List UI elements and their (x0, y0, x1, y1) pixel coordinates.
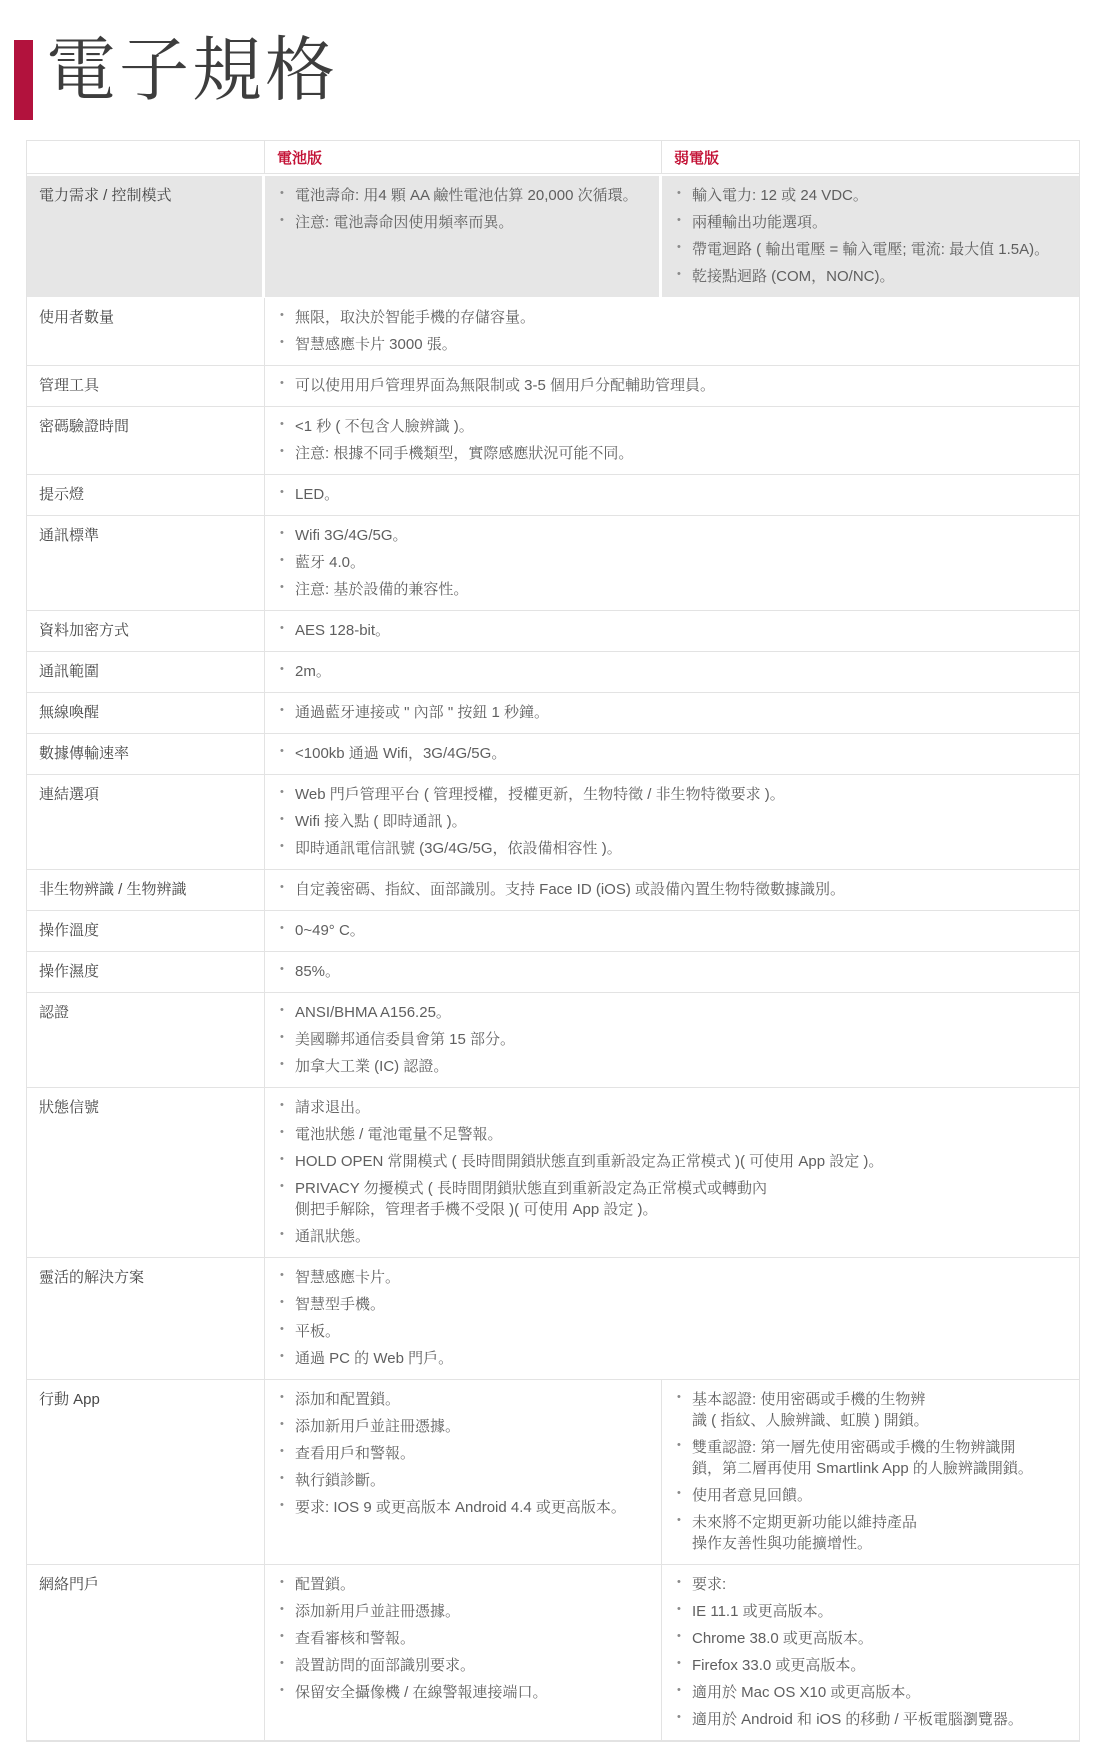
spec-row-label: 通訊範圍 (27, 652, 265, 693)
page-title: 電子規格 (46, 32, 338, 109)
spec-item-list: 基本認證: 使用密碼或手機的生物辨 識 ( 指紋、人臉辨識、虹膜 ) 開鎖。雙重… (674, 1384, 1067, 1559)
spec-row-label: 使用者數量 (27, 298, 265, 366)
spec-cell-battery: Wifi 3G/4G/5G。藍牙 4.0。注意: 基於設備的兼容性。 (265, 516, 1079, 611)
spec-item-list: 2m。 (277, 656, 1067, 687)
spec-row-label: 密碼驗證時間 (27, 407, 265, 475)
spec-item: 2m。 (277, 658, 1067, 685)
spec-item: 保留安全攝像機 / 在線警報連接端口。 (277, 1679, 649, 1706)
spec-row-label: 資料加密方式 (27, 611, 265, 652)
spec-row: 通訊標準Wifi 3G/4G/5G。藍牙 4.0。注意: 基於設備的兼容性。 (27, 516, 1079, 611)
spec-item: 通訊狀態。 (277, 1223, 1067, 1250)
spec-row: 連結選項Web 門戶管理平台 ( 管理授權，授權更新，生物特徵 / 非生物特徵要… (27, 775, 1079, 870)
spec-cell-battery: 通過藍牙連接或 " 內部 " 按鈕 1 秒鐘。 (265, 693, 1079, 734)
spec-row-label: 操作濕度 (27, 952, 265, 993)
spec-row-label: 管理工具 (27, 366, 265, 407)
spec-item: Wifi 3G/4G/5G。 (277, 522, 1067, 549)
spec-row-label: 認證 (27, 993, 265, 1088)
spec-item: 0~49° C。 (277, 917, 1067, 944)
spec-item-list: 配置鎖。添加新用戶並註冊憑據。查看審核和警報。設置訪問的面部識別要求。保留安全攝… (277, 1569, 649, 1708)
spec-row-label: 連結選項 (27, 775, 265, 870)
column-header-battery-version: 電池版 (265, 141, 662, 174)
spec-row: 資料加密方式AES 128-bit。 (27, 611, 1079, 652)
spec-item: 智慧感應卡片。 (277, 1264, 1067, 1291)
spec-item: 電池壽命: 用4 顆 AA 鹼性電池估算 20,000 次循環。 (277, 182, 647, 209)
spec-item: IE 11.1 或更高版本。 (674, 1598, 1067, 1625)
spec-item: 通過 PC 的 Web 門戶。 (277, 1345, 1067, 1372)
spec-row: 使用者數量無限，取決於智能手機的存儲容量。智慧感應卡片 3000 張。 (27, 298, 1079, 366)
spec-item-list: 自定義密碼、指紋、面部識別。支持 Face ID (iOS) 或設備內置生物特徵… (277, 874, 1067, 905)
spec-cell-battery: 請求退出。電池狀態 / 電池電量不足警報。HOLD OPEN 常開模式 ( 長時… (265, 1088, 1079, 1258)
spec-item: 使用者意見回饋。 (674, 1482, 1067, 1509)
spec-item: Web 門戶管理平台 ( 管理授權，授權更新，生物特徵 / 非生物特徵要求 )。 (277, 781, 1067, 808)
spec-item: 輸入電力: 12 或 24 VDC。 (674, 182, 1067, 209)
spec-item: 無限，取決於智能手機的存儲容量。 (277, 304, 1067, 331)
spec-item-list: 0~49° C。 (277, 915, 1067, 946)
spec-row-label: 操作溫度 (27, 911, 265, 952)
spec-row-label: 網絡門戶 (27, 1565, 265, 1741)
spec-item: 乾接點迴路 (COM，NO/NC)。 (674, 263, 1067, 290)
spec-item: 添加新用戶並註冊憑據。 (277, 1413, 649, 1440)
spec-row-label: 非生物辨識 / 生物辨識 (27, 870, 265, 911)
spec-cell-low-voltage: 基本認證: 使用密碼或手機的生物辨 識 ( 指紋、人臉辨識、虹膜 ) 開鎖。雙重… (662, 1380, 1079, 1565)
spec-cell-battery: <1 秒 ( 不包含人臉辨識 )。注意: 根據不同手機類型，實際感應狀況可能不同… (265, 407, 1079, 475)
spec-cell-battery: 0~49° C。 (265, 911, 1079, 952)
spec-cell-battery: Web 門戶管理平台 ( 管理授權，授權更新，生物特徵 / 非生物特徵要求 )。… (265, 775, 1079, 870)
spec-item: PRIVACY 勿擾模式 ( 長時間閉鎖狀態直到重新設定為正常模式或轉動內 側把… (277, 1175, 1067, 1223)
spec-row: 靈活的解決方案智慧感應卡片。智慧型手機。平板。通過 PC 的 Web 門戶。 (27, 1258, 1079, 1380)
spec-item-list: AES 128-bit。 (277, 615, 1067, 646)
spec-item-list: 添加和配置鎖。添加新用戶並註冊憑據。查看用戶和警報。執行鎖診斷。要求: IOS … (277, 1384, 649, 1523)
spec-item-list: 通過藍牙連接或 " 內部 " 按鈕 1 秒鐘。 (277, 697, 1067, 728)
spec-row-label: 狀態信號 (27, 1088, 265, 1258)
spec-item: 85%。 (277, 958, 1067, 985)
spec-row: 狀態信號請求退出。電池狀態 / 電池電量不足警報。HOLD OPEN 常開模式 … (27, 1088, 1079, 1258)
spec-item-list: Web 門戶管理平台 ( 管理授權，授權更新，生物特徵 / 非生物特徵要求 )。… (277, 779, 1067, 864)
spec-item: 帶電迴路 ( 輸出電壓 = 輸入電壓; 電流: 最大值 1.5A)。 (674, 236, 1067, 263)
spec-item-list: 請求退出。電池狀態 / 電池電量不足警報。HOLD OPEN 常開模式 ( 長時… (277, 1092, 1067, 1252)
spec-item: 雙重認證: 第一層先使用密碼或手機的生物辨識開 鎖，第二層再使用 Smartli… (674, 1434, 1067, 1482)
spec-table: 電池版 弱電版 電力需求 / 控制模式電池壽命: 用4 顆 AA 鹼性電池估算 … (26, 140, 1080, 1742)
spec-row: 管理工具可以使用用戶管理界面為無限制或 3-5 個用戶分配輔助管理員。 (27, 366, 1079, 407)
spec-row: 行動 App添加和配置鎖。添加新用戶並註冊憑據。查看用戶和警報。執行鎖診斷。要求… (27, 1380, 1079, 1565)
spec-item: 電池狀態 / 電池電量不足警報。 (277, 1121, 1067, 1148)
spec-item: 適用於 Mac OS X10 或更高版本。 (674, 1679, 1067, 1706)
spec-row: 密碼驗證時間<1 秒 ( 不包含人臉辨識 )。注意: 根據不同手機類型，實際感應… (27, 407, 1079, 475)
spec-item: 注意: 根據不同手機類型，實際感應狀況可能不同。 (277, 440, 1067, 467)
spec-item: 智慧型手機。 (277, 1291, 1067, 1318)
spec-row-label: 無線喚醒 (27, 693, 265, 734)
spec-item-list: 電池壽命: 用4 顆 AA 鹼性電池估算 20,000 次循環。注意: 電池壽命… (277, 180, 647, 238)
spec-row-label: 數據傳輸速率 (27, 734, 265, 775)
spec-item: 要求: (674, 1571, 1067, 1598)
spec-item: 可以使用用戶管理界面為無限制或 3-5 個用戶分配輔助管理員。 (277, 372, 1067, 399)
spec-item: 基本認證: 使用密碼或手機的生物辨 識 ( 指紋、人臉辨識、虹膜 ) 開鎖。 (674, 1386, 1067, 1434)
spec-item: HOLD OPEN 常開模式 ( 長時間開鎖狀態直到重新設定為正常模式 )( 可… (277, 1148, 1067, 1175)
spec-item: <100kb 通過 Wifi，3G/4G/5G。 (277, 740, 1067, 767)
spec-item-list: ANSI/BHMA A156.25。美國聯邦通信委員會第 15 部分。加拿大工業… (277, 997, 1067, 1082)
spec-row: 無線喚醒通過藍牙連接或 " 內部 " 按鈕 1 秒鐘。 (27, 693, 1079, 734)
spec-row-label: 通訊標準 (27, 516, 265, 611)
spec-cell-battery: 自定義密碼、指紋、面部識別。支持 Face ID (iOS) 或設備內置生物特徵… (265, 870, 1079, 911)
title-accent-bar (14, 40, 33, 120)
spec-item-list: <1 秒 ( 不包含人臉辨識 )。注意: 根據不同手機類型，實際感應狀況可能不同… (277, 411, 1067, 469)
spec-item: LED。 (277, 481, 1067, 508)
header-row: 電池版 弱電版 (27, 141, 1079, 174)
spec-row: 通訊範圍2m。 (27, 652, 1079, 693)
spec-item: 美國聯邦通信委員會第 15 部分。 (277, 1026, 1067, 1053)
spec-cell-battery: <100kb 通過 Wifi，3G/4G/5G。 (265, 734, 1079, 775)
spec-item: 即時通訊電信訊號 (3G/4G/5G，依設備相容性 )。 (277, 835, 1067, 862)
spec-row: 操作濕度85%。 (27, 952, 1079, 993)
spec-item: 藍牙 4.0。 (277, 549, 1067, 576)
spec-item: 配置鎖。 (277, 1571, 649, 1598)
spec-cell-battery: AES 128-bit。 (265, 611, 1079, 652)
page-header: 電子規格 (14, 32, 1100, 120)
spec-row: 認證ANSI/BHMA A156.25。美國聯邦通信委員會第 15 部分。加拿大… (27, 993, 1079, 1088)
spec-cell-battery: 智慧感應卡片。智慧型手機。平板。通過 PC 的 Web 門戶。 (265, 1258, 1079, 1380)
spec-item-list: 要求:IE 11.1 或更高版本。Chrome 38.0 或更高版本。Firef… (674, 1569, 1067, 1735)
spec-item: 平板。 (277, 1318, 1067, 1345)
spec-row: 非生物辨識 / 生物辨識自定義密碼、指紋、面部識別。支持 Face ID (iO… (27, 870, 1079, 911)
spec-cell-battery: 配置鎖。添加新用戶並註冊憑據。查看審核和警報。設置訪問的面部識別要求。保留安全攝… (265, 1565, 662, 1741)
spec-row-label: 行動 App (27, 1380, 265, 1565)
spec-row: 數據傳輸速率<100kb 通過 Wifi，3G/4G/5G。 (27, 734, 1079, 775)
spec-row: 網絡門戶配置鎖。添加新用戶並註冊憑據。查看審核和警報。設置訪問的面部識別要求。保… (27, 1565, 1079, 1741)
spec-item: 智慧感應卡片 3000 張。 (277, 331, 1067, 358)
spec-item: 執行鎖診斷。 (277, 1467, 649, 1494)
spec-item: AES 128-bit。 (277, 617, 1067, 644)
spec-cell-battery: 添加和配置鎖。添加新用戶並註冊憑據。查看用戶和警報。執行鎖診斷。要求: IOS … (265, 1380, 662, 1565)
spec-item: 要求: IOS 9 或更高版本 Android 4.4 或更高版本。 (277, 1494, 649, 1521)
spec-item: 加拿大工業 (IC) 認證。 (277, 1053, 1067, 1080)
spec-row-label: 提示燈 (27, 475, 265, 516)
spec-cell-battery: 2m。 (265, 652, 1079, 693)
spec-item: 添加和配置鎖。 (277, 1386, 649, 1413)
spec-item-list: LED。 (277, 479, 1067, 510)
spec-item: 適用於 Android 和 iOS 的移動 / 平板電腦瀏覽器。 (674, 1706, 1067, 1733)
spec-cell-battery: ANSI/BHMA A156.25。美國聯邦通信委員會第 15 部分。加拿大工業… (265, 993, 1079, 1088)
spec-item: 請求退出。 (277, 1094, 1067, 1121)
spec-item: <1 秒 ( 不包含人臉辨識 )。 (277, 413, 1067, 440)
spec-row: 電力需求 / 控制模式電池壽命: 用4 顆 AA 鹼性電池估算 20,000 次… (27, 174, 1079, 298)
spec-item: 注意: 基於設備的兼容性。 (277, 576, 1067, 603)
spec-item: 未來將不定期更新功能以維持產品 操作友善性與功能擴增性。 (674, 1509, 1067, 1557)
spec-cell-battery: 電池壽命: 用4 顆 AA 鹼性電池估算 20,000 次循環。注意: 電池壽命… (265, 174, 662, 298)
spec-row: 操作溫度0~49° C。 (27, 911, 1079, 952)
spec-item: Chrome 38.0 或更高版本。 (674, 1625, 1067, 1652)
column-header-low-voltage-version: 弱電版 (662, 141, 1079, 174)
spec-row: 提示燈LED。 (27, 475, 1079, 516)
spec-item-list: 輸入電力: 12 或 24 VDC。兩種輸出功能選項。帶電迴路 ( 輸出電壓 =… (674, 180, 1067, 292)
spec-item: 設置訪問的面部識別要求。 (277, 1652, 649, 1679)
spec-cell-battery: 85%。 (265, 952, 1079, 993)
spec-item: 自定義密碼、指紋、面部識別。支持 Face ID (iOS) 或設備內置生物特徵… (277, 876, 1067, 903)
spec-item-list: 無限，取決於智能手機的存儲容量。智慧感應卡片 3000 張。 (277, 302, 1067, 360)
spec-item-list: 85%。 (277, 956, 1067, 987)
spec-cell-low-voltage: 輸入電力: 12 或 24 VDC。兩種輸出功能選項。帶電迴路 ( 輸出電壓 =… (662, 174, 1079, 298)
spec-cell-battery: LED。 (265, 475, 1079, 516)
spec-item: 兩種輸出功能選項。 (674, 209, 1067, 236)
spec-item: 查看審核和警報。 (277, 1625, 649, 1652)
spec-row-label: 電力需求 / 控制模式 (27, 174, 265, 298)
spec-item-list: <100kb 通過 Wifi，3G/4G/5G。 (277, 738, 1067, 769)
spec-item: 添加新用戶並註冊憑據。 (277, 1598, 649, 1625)
spec-item-list: 可以使用用戶管理界面為無限制或 3-5 個用戶分配輔助管理員。 (277, 370, 1067, 401)
spec-cell-low-voltage: 要求:IE 11.1 或更高版本。Chrome 38.0 或更高版本。Firef… (662, 1565, 1079, 1741)
spec-cell-battery: 無限，取決於智能手機的存儲容量。智慧感應卡片 3000 張。 (265, 298, 1079, 366)
spec-item: Firefox 33.0 或更高版本。 (674, 1652, 1067, 1679)
corner-cell (27, 141, 265, 174)
spec-item-list: Wifi 3G/4G/5G。藍牙 4.0。注意: 基於設備的兼容性。 (277, 520, 1067, 605)
spec-item: 注意: 電池壽命因使用頻率而異。 (277, 209, 647, 236)
spec-cell-battery: 可以使用用戶管理界面為無限制或 3-5 個用戶分配輔助管理員。 (265, 366, 1079, 407)
spec-item: ANSI/BHMA A156.25。 (277, 999, 1067, 1026)
spec-item: 通過藍牙連接或 " 內部 " 按鈕 1 秒鐘。 (277, 699, 1067, 726)
spec-item-list: 智慧感應卡片。智慧型手機。平板。通過 PC 的 Web 門戶。 (277, 1262, 1067, 1374)
spec-item: 查看用戶和警報。 (277, 1440, 649, 1467)
spec-row-label: 靈活的解決方案 (27, 1258, 265, 1380)
spec-item: Wifi 接入點 ( 即時通訊 )。 (277, 808, 1067, 835)
